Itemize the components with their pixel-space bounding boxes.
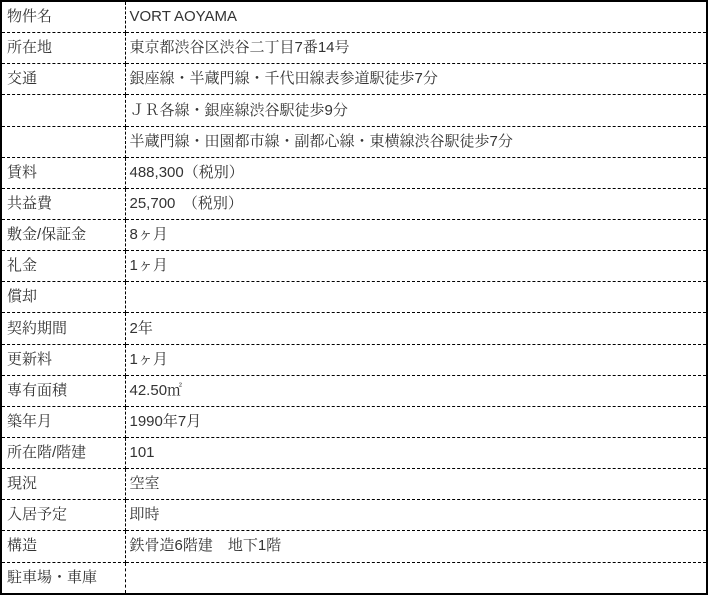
table-row: 駐車場・車庫 — [1, 562, 707, 594]
row-label — [1, 95, 125, 126]
row-value: 8ヶ月 — [125, 220, 707, 251]
row-value: 東京都渋谷区渋谷二丁目7番14号 — [125, 33, 707, 64]
row-label — [1, 126, 125, 157]
table-row: 交通銀座線・半蔵門線・千代田線表参道駅徒歩7分 — [1, 64, 707, 95]
row-value: 488,300（税別） — [125, 157, 707, 188]
table-row: 契約期間2年 — [1, 313, 707, 344]
row-value: 1ヶ月 — [125, 251, 707, 282]
row-label: 構造 — [1, 531, 125, 562]
table-row: ＪＲ各線・銀座線渋谷駅徒歩9分 — [1, 95, 707, 126]
table-body: 物件名VORT AOYAMA所在地東京都渋谷区渋谷二丁目7番14号交通銀座線・半… — [1, 1, 707, 594]
row-value: 42.50㎡ — [125, 375, 707, 406]
row-label: 所在階/階建 — [1, 438, 125, 469]
row-label: 専有面積 — [1, 375, 125, 406]
row-value: 銀座線・半蔵門線・千代田線表参道駅徒歩7分 — [125, 64, 707, 95]
table-row: 現況空室 — [1, 469, 707, 500]
row-label: 礼金 — [1, 251, 125, 282]
table-row: 更新料1ヶ月 — [1, 344, 707, 375]
table-row: 所在地東京都渋谷区渋谷二丁目7番14号 — [1, 33, 707, 64]
row-label: 入居予定 — [1, 500, 125, 531]
table-row: 半蔵門線・田園都市線・副都心線・東横線渋谷駅徒歩7分 — [1, 126, 707, 157]
table-row: 礼金1ヶ月 — [1, 251, 707, 282]
row-value: 1990年7月 — [125, 406, 707, 437]
row-label: 更新料 — [1, 344, 125, 375]
table-row: 敷金/保証金8ヶ月 — [1, 220, 707, 251]
row-label: 築年月 — [1, 406, 125, 437]
row-value: VORT AOYAMA — [125, 1, 707, 33]
table-row: 入居予定即時 — [1, 500, 707, 531]
row-value: 空室 — [125, 469, 707, 500]
row-value: 101 — [125, 438, 707, 469]
table-row: 物件名VORT AOYAMA — [1, 1, 707, 33]
table-row: 賃料488,300（税別） — [1, 157, 707, 188]
row-label: 敷金/保証金 — [1, 220, 125, 251]
row-label: 共益費 — [1, 188, 125, 219]
row-label: 駐車場・車庫 — [1, 562, 125, 594]
row-value: 1ヶ月 — [125, 344, 707, 375]
table-row: 専有面積42.50㎡ — [1, 375, 707, 406]
property-detail-table: 物件名VORT AOYAMA所在地東京都渋谷区渋谷二丁目7番14号交通銀座線・半… — [0, 0, 708, 595]
table-row: 償却 — [1, 282, 707, 313]
row-value: 2年 — [125, 313, 707, 344]
table-row: 所在階/階建101 — [1, 438, 707, 469]
row-value — [125, 282, 707, 313]
row-label: 賃料 — [1, 157, 125, 188]
property-detail-sheet: 物件名VORT AOYAMA所在地東京都渋谷区渋谷二丁目7番14号交通銀座線・半… — [0, 0, 708, 595]
row-label: 所在地 — [1, 33, 125, 64]
row-value: 25,700 （税別） — [125, 188, 707, 219]
row-label: 償却 — [1, 282, 125, 313]
row-value: 半蔵門線・田園都市線・副都心線・東横線渋谷駅徒歩7分 — [125, 126, 707, 157]
table-row: 構造鉄骨造6階建 地下1階 — [1, 531, 707, 562]
row-value: ＪＲ各線・銀座線渋谷駅徒歩9分 — [125, 95, 707, 126]
row-value: 鉄骨造6階建 地下1階 — [125, 531, 707, 562]
row-label: 契約期間 — [1, 313, 125, 344]
row-label: 物件名 — [1, 1, 125, 33]
row-label: 現況 — [1, 469, 125, 500]
row-label: 交通 — [1, 64, 125, 95]
table-row: 築年月1990年7月 — [1, 406, 707, 437]
table-row: 共益費25,700 （税別） — [1, 188, 707, 219]
row-value: 即時 — [125, 500, 707, 531]
row-value — [125, 562, 707, 594]
